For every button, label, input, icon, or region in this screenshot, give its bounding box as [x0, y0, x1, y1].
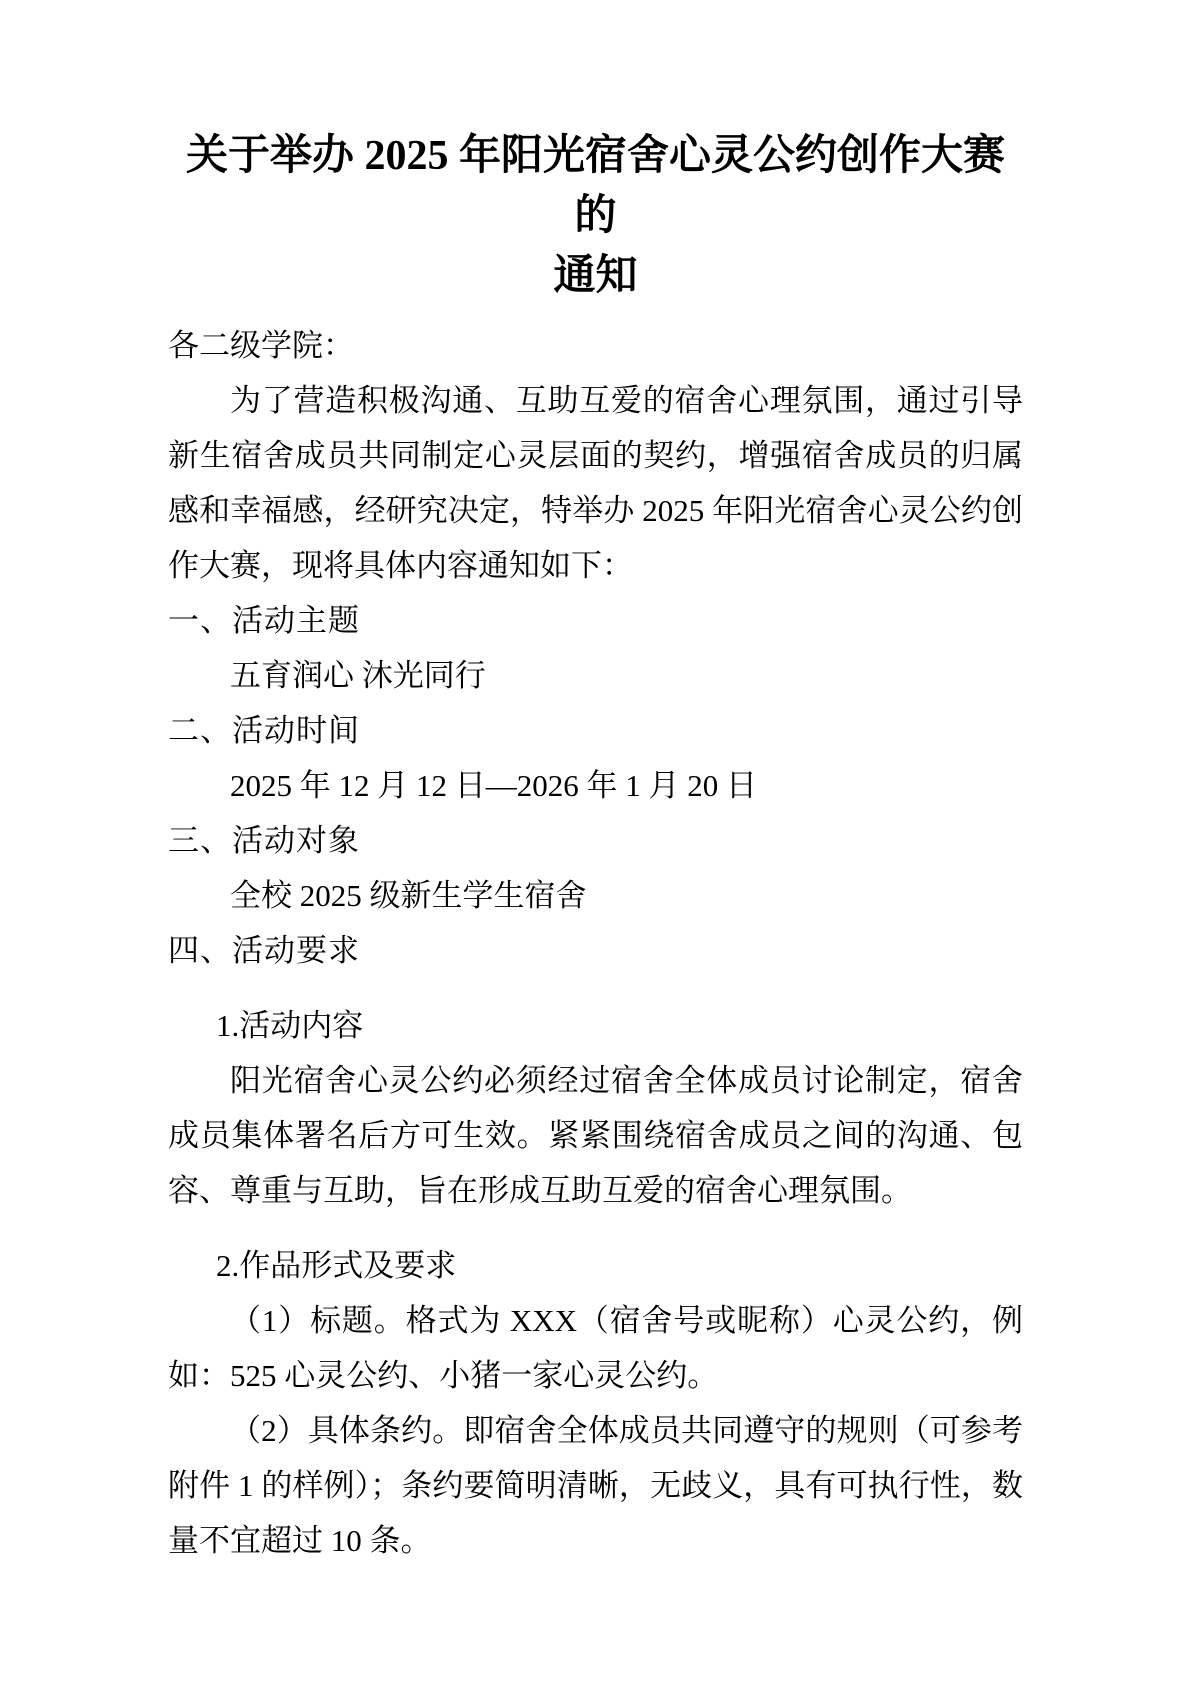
section-heading-activity-time: 二、活动时间 [168, 703, 1023, 758]
section-body-activity-target: 全校 2025 级新生学生宿舍 [168, 868, 1023, 923]
subsection-heading-work-format: 2.作品形式及要求 [168, 1238, 1023, 1293]
subsection-heading-activity-content: 1.活动内容 [168, 998, 1023, 1053]
section-heading-activity-requirements: 四、活动要求 [168, 923, 1023, 978]
document-title-line-2: 通知 [168, 246, 1023, 306]
document-title: 关于举办 2025 年阳光宿舍心灵公约创作大赛的 通知 [168, 126, 1023, 306]
subsection-paragraph-specific-terms: （2）具体条约。即宿舍全体成员共同遵守的规则（可参考附件 1 的样例）；条约要简… [168, 1403, 1023, 1568]
subsection-paragraph-title-format: （1）标题。格式为 XXX（宿舍号或昵称）心灵公约，例如：525 心灵公约、小猪… [168, 1293, 1023, 1403]
section-body-activity-time: 2025 年 12 月 12 日—2026 年 1 月 20 日 [168, 758, 1023, 813]
section-heading-activity-target: 三、活动对象 [168, 813, 1023, 868]
document-title-line-1: 关于举办 2025 年阳光宿舍心灵公约创作大赛的 [168, 126, 1023, 246]
section-heading-activity-theme: 一、活动主题 [168, 593, 1023, 648]
section-body-activity-theme: 五育润心 沐光同行 [168, 648, 1023, 703]
subsection-paragraph-activity-content: 阳光宿舍心灵公约必须经过宿舍全体成员讨论制定，宿舍成员集体署名后方可生效。紧紧围… [168, 1053, 1023, 1218]
intro-paragraph: 为了营造积极沟通、互助互爱的宿舍心理氛围，通过引导新生宿舍成员共同制定心灵层面的… [168, 373, 1023, 593]
salutation: 各二级学院： [168, 318, 1023, 373]
document-page: 关于举办 2025 年阳光宿舍心灵公约创作大赛的 通知 各二级学院： 为了营造积… [0, 0, 1191, 1684]
